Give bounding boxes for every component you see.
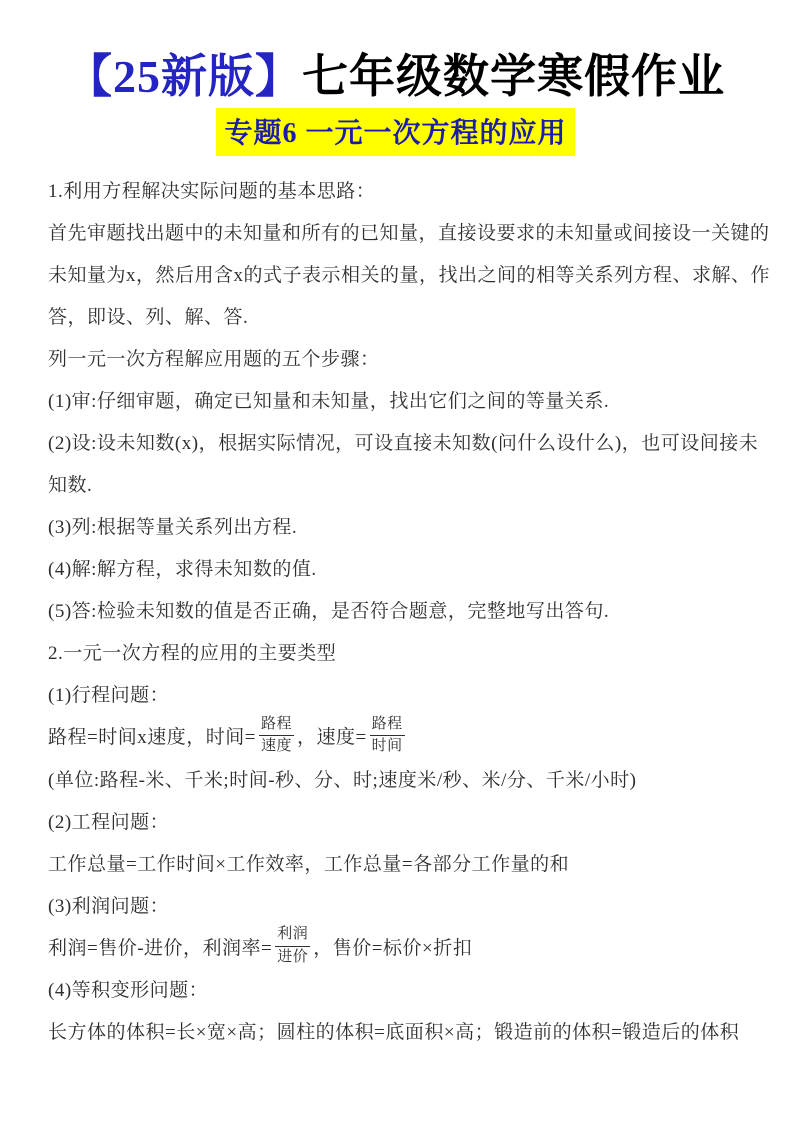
document-body: 1.利用方程解决实际问题的基本思路：首先审题找出题中的未知量和所有的已知量，直接…	[0, 156, 791, 1054]
body-paragraph: (5)答:检验未知数的值是否正确，是否符合题意，完整地写出答句.	[48, 591, 747, 633]
body-paragraph: (2)工程问题：	[48, 802, 747, 844]
text-run: (1)审:仔细审题，确定已知量和未知量，找出它们之间的等量关系.	[48, 391, 609, 412]
page-title: 【25新版】七年级数学寒假作业	[0, 40, 791, 106]
fraction-denominator: 进价	[275, 947, 310, 968]
body-paragraph: 利润=售价-进价，利润率=利润进价，售价=标价×折扣	[48, 928, 747, 971]
fraction-denominator: 时间	[370, 736, 405, 757]
body-paragraph: 2.一元一次方程的应用的主要类型	[48, 633, 747, 675]
text-run: 1.利用方程解决实际问题的基本思路：	[48, 181, 375, 202]
fraction-numerator: 路程	[259, 715, 294, 737]
fraction: 路程时间	[370, 715, 405, 757]
fraction-denominator: 速度	[259, 736, 294, 757]
body-paragraph: (2)设:设未知数(x)，根据实际情况，可设直接未知数(问什么设什么)，也可设间…	[48, 423, 747, 465]
text-run: 知数.	[48, 475, 92, 496]
subtitle-row: 专题6 一元一次方程的应用	[0, 108, 791, 156]
text-run: (3)列:根据等量关系列出方程.	[48, 517, 297, 538]
title-main: 七年级数学寒假作业	[302, 51, 725, 102]
fraction: 利润进价	[275, 925, 310, 967]
text-run: ，速度=	[297, 727, 367, 748]
body-paragraph: (3)列:根据等量关系列出方程.	[48, 507, 747, 549]
body-paragraph: 长方体的体积=长×宽×高；圆柱的体积=底面积×高；锻造前的体积=锻造后的体积	[48, 1012, 747, 1054]
body-paragraph: (4)解:解方程，求得未知数的值.	[48, 549, 747, 591]
text-run: (5)答:检验未知数的值是否正确，是否符合题意，完整地写出答句.	[48, 601, 609, 622]
body-paragraph: (1)行程问题：	[48, 675, 747, 717]
text-run: ，售价=标价×折扣	[313, 938, 472, 959]
body-paragraph: (单位:路程-米、千米;时间-秒、分、时;速度米/秒、米/分、千米/小时)	[48, 760, 747, 802]
text-run: 长方体的体积=长×宽×高；圆柱的体积=底面积×高；锻造前的体积=锻造后的体积	[48, 1022, 739, 1043]
text-run: (3)利润问题：	[48, 896, 169, 917]
text-run: 2.一元一次方程的应用的主要类型	[48, 643, 336, 664]
body-paragraph: 知数.	[48, 465, 747, 507]
text-run: 列一元一次方程解应用题的五个步骤：	[48, 349, 380, 370]
body-paragraph: (4)等积变形问题：	[48, 970, 747, 1012]
body-paragraph: (1)审:仔细审题，确定已知量和未知量，找出它们之间的等量关系.	[48, 381, 747, 423]
body-paragraph: 未知量为x，然后用含x的式子表示相关的量，找出之间的相等关系列方程、求解、作	[48, 255, 747, 297]
text-run: (2)工程问题：	[48, 812, 169, 833]
body-paragraph: 工作总量=工作时间×工作效率，工作总量=各部分工作量的和	[48, 844, 747, 886]
text-run: 首先审题找出题中的未知量和所有的已知量，直接设要求的未知量或间接设一关键的	[48, 223, 770, 244]
text-run: 利润=售价-进价，利润率=	[48, 938, 272, 959]
text-run: 工作总量=工作时间×工作效率，工作总量=各部分工作量的和	[48, 854, 569, 875]
text-run: (4)等积变形问题：	[48, 980, 208, 1001]
text-run: (单位:路程-米、千米;时间-秒、分、时;速度米/秒、米/分、千米/小时)	[48, 770, 636, 791]
body-paragraph: 首先审题找出题中的未知量和所有的已知量，直接设要求的未知量或间接设一关键的	[48, 213, 747, 255]
body-paragraph: 答，即设、列、解、答.	[48, 297, 747, 339]
body-paragraph: 1.利用方程解决实际问题的基本思路：	[48, 171, 747, 213]
text-run: 路程=时间x速度，时间=	[48, 727, 256, 748]
body-paragraph: 路程=时间x速度，时间=路程速度，速度=路程时间	[48, 717, 747, 760]
body-paragraph: 列一元一次方程解应用题的五个步骤：	[48, 339, 747, 381]
text-run: (2)设:设未知数(x)，根据实际情况，可设直接未知数(问什么设什么)，也可设间…	[48, 433, 758, 454]
fraction-numerator: 利润	[275, 925, 310, 947]
text-run: (4)解:解方程，求得未知数的值.	[48, 559, 317, 580]
text-run: 未知量为x，然后用含x的式子表示相关的量，找出之间的相等关系列方程、求解、作	[48, 265, 770, 286]
body-paragraph: (3)利润问题：	[48, 886, 747, 928]
text-run: 答，即设、列、解、答.	[48, 307, 248, 328]
text-run: (1)行程问题：	[48, 685, 169, 706]
title-bracket: 【25新版】	[66, 51, 302, 102]
subtitle-highlight: 专题6 一元一次方程的应用	[216, 108, 574, 156]
fraction: 路程速度	[259, 715, 294, 757]
fraction-numerator: 路程	[370, 715, 405, 737]
